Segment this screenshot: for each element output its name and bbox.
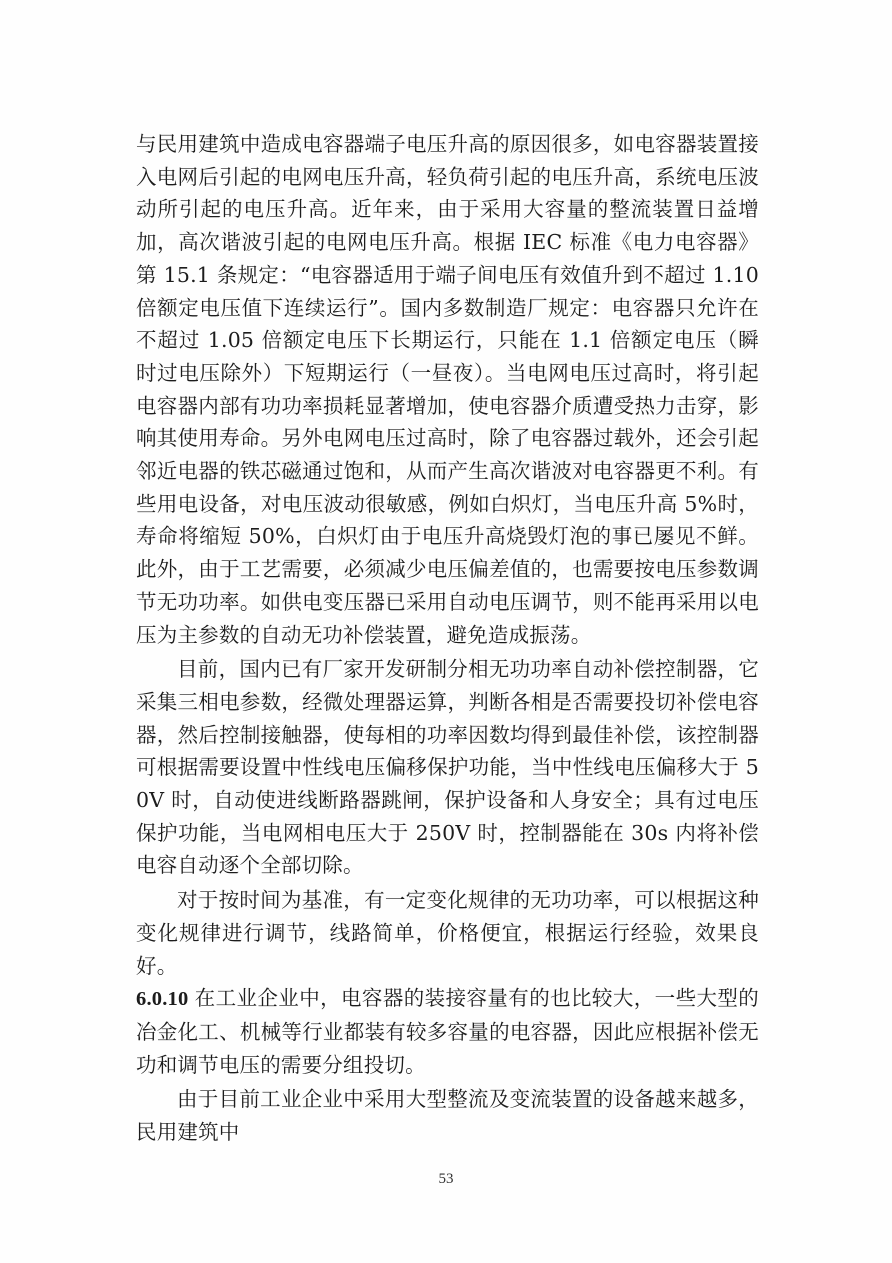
page-number: 53: [0, 1171, 892, 1188]
paragraph-clause-6-0-10: 6.0.10在工业企业中，电容器的装接容量有的也比较大，一些大型的冶金化工、机械…: [136, 982, 759, 1081]
paragraph-rectifier-devices: 由于目前工业企业中采用大型整流及变流装置的设备越来越多，民用建筑中: [136, 1083, 759, 1148]
document-page: 与民用建筑中造成电容器端子电压升高的原因很多，如电容器装置接入电网后引起的电网电…: [0, 0, 892, 1263]
paragraph-time-based-regulation: 对于按时间为基准，有一定变化规律的无功功率，可以根据这种变化规律进行调节，线路简…: [136, 884, 759, 982]
paragraph-phase-controller: 目前，国内已有厂家开发研制分相无功功率自动补偿控制器，它采集三相电参数，经微处理…: [136, 653, 759, 882]
clause-text: 在工业企业中，电容器的装接容量有的也比较大，一些大型的冶金化工、机械等行业都装有…: [136, 986, 759, 1076]
paragraph-voltage-rise-causes: 与民用建筑中造成电容器端子电压升高的原因很多，如电容器装置接入电网后引起的电网电…: [136, 128, 759, 651]
clause-number: 6.0.10: [136, 988, 188, 1010]
body-text: 与民用建筑中造成电容器端子电压升高的原因很多，如电容器装置接入电网后引起的电网电…: [136, 128, 759, 1149]
